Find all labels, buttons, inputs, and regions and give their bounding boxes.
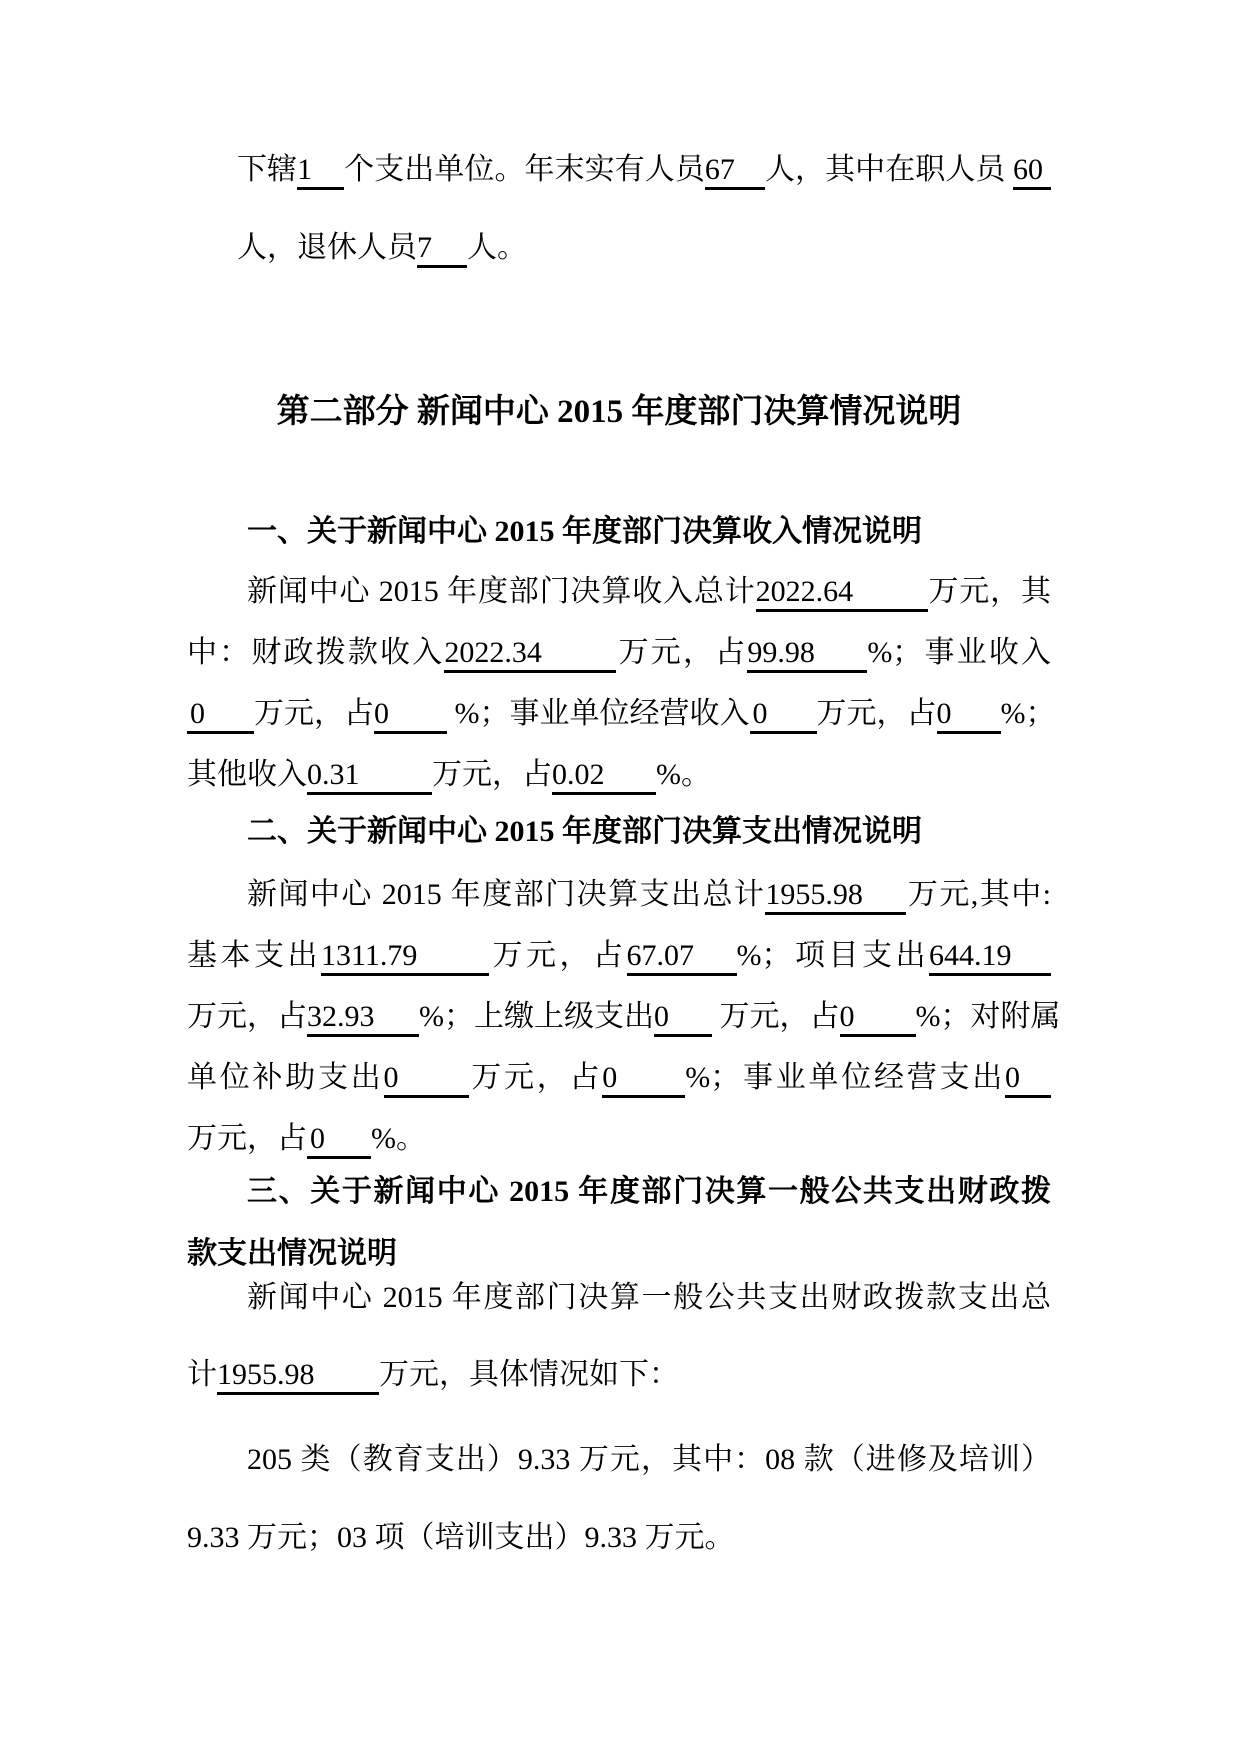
text-run: 万元，占 <box>469 1061 603 1094</box>
text-run: %； <box>1001 697 1056 730</box>
paragraph-fiscal-appropriation-details: 新闻中心 2015 年度部门决算一般公共支出财政拨款支出总计1955.98万元，… <box>187 1259 1051 1413</box>
text-run: %。 <box>371 1122 426 1155</box>
text-run: 第二部分 新闻中心 2015 年度部门决算情况说明 <box>277 394 962 430</box>
text-run: %。 <box>656 758 711 791</box>
text-line: 二、关于新闻中心 2015 年度部门决算支出情况说明 <box>187 809 1051 855</box>
text-line: 其他收入0.31万元，占0.02%。 <box>187 744 1051 805</box>
text-run: 一、关于新闻中心 2015 年度部门决算收入情况说明 <box>247 515 922 548</box>
blank-value: 67 <box>705 153 765 190</box>
blank-value: 7 <box>417 231 467 268</box>
text-run: 9.33 万元；03 项（培训支出）9.33 万元。 <box>187 1521 735 1554</box>
blank-value: 0 <box>937 697 1001 734</box>
text-run: 万元，占 <box>616 636 747 669</box>
text-run: 三、关于新闻中心 2015 年度部门决算一般公共支出财政拨 <box>247 1175 1051 1208</box>
blank-value: 0 <box>384 1061 469 1098</box>
text-run: 万元，其 <box>928 575 1051 608</box>
text-run: %；事业单位经营收入 <box>447 697 750 730</box>
text-run: 万元，占 <box>817 697 937 730</box>
text-line: 三、关于新闻中心 2015 年度部门决算一般公共支出财政拨 <box>187 1161 1051 1223</box>
blank-value: 0 <box>750 697 817 734</box>
text-run: 新闻中心 2015 年度部门决算一般公共支出财政拨款支出总 <box>247 1281 1051 1314</box>
text-run: 万元，占 <box>187 1000 307 1033</box>
text-run: 人，退休人员 <box>237 231 417 264</box>
blank-value: 0.02 <box>552 758 656 795</box>
paragraph-education-expense-details: 205 类（教育支出）9.33 万元，其中：08 款（进修及培训）9.33 万元… <box>187 1421 1051 1577</box>
text-run: 中：财政拨款收入 <box>187 636 444 669</box>
text-run: 基本支出 <box>187 939 321 972</box>
blank-value: 0 <box>307 1122 371 1159</box>
text-line: 中：财政拨款收入2022.34万元，占99.98%；事业收入 <box>187 622 1051 683</box>
text-run: 人，其中在职人员 <box>765 153 1013 186</box>
text-run: %；上缴上级支出 <box>419 1000 654 1033</box>
blank-value: 0 <box>1005 1061 1051 1098</box>
text-run: 其他收入 <box>187 758 307 791</box>
heading-income-statement: 一、关于新闻中心 2015 年度部门决算收入情况说明 <box>187 509 1051 555</box>
text-line: 计1955.98万元，具体情况如下： <box>187 1336 1051 1413</box>
text-line: 新闻中心 2015 年度部门决算支出总计1955.98万元,其中: <box>187 864 1051 925</box>
text-run: 万元,其中: <box>906 878 1051 911</box>
text-run: 205 类（教育支出）9.33 万元，其中：08 款（进修及培训） <box>247 1443 1051 1476</box>
blank-value: 644.19 <box>929 939 1051 976</box>
blank-value: 0 <box>374 697 447 734</box>
text-run: 新闻中心 2015 年度部门决算收入总计 <box>247 575 756 608</box>
text-run: 万元，占 <box>432 758 552 791</box>
paragraph-continued-from-previous-page: 下辖1个支出单位。年末实有人员67人，其中在职人员 60人，退休人员7人。 <box>237 131 1051 287</box>
blank-value: 32.93 <box>307 1000 419 1037</box>
text-run: 万元，占 <box>254 697 374 730</box>
text-line: 205 类（教育支出）9.33 万元，其中：08 款（进修及培训） <box>187 1421 1051 1499</box>
text-line: 单位补助支出0万元，占0%；事业单位经营支出0 <box>187 1047 1051 1108</box>
text-run: 万元，占 <box>187 1122 307 1155</box>
text-line: 一、关于新闻中心 2015 年度部门决算收入情况说明 <box>187 509 1051 555</box>
text-run: %；事业单位经营支出 <box>685 1061 1005 1094</box>
text-run: 人。 <box>467 231 527 264</box>
text-run: 万元，占 <box>489 939 627 972</box>
blank-value: 2022.34 <box>444 636 616 673</box>
section-heading-part2: 第二部分 新闻中心 2015 年度部门决算情况说明 <box>187 389 1051 435</box>
text-run: %；事业收入 <box>867 636 1051 669</box>
text-line: 第二部分 新闻中心 2015 年度部门决算情况说明 <box>187 389 1051 435</box>
text-line: 新闻中心 2015 年度部门决算一般公共支出财政拨款支出总 <box>187 1259 1051 1336</box>
text-run: 二、关于新闻中心 2015 年度部门决算支出情况说明 <box>247 815 922 848</box>
blank-value: 1955.98 <box>217 1358 379 1395</box>
text-line: 9.33 万元；03 项（培训支出）9.33 万元。 <box>187 1499 1051 1577</box>
blank-value: 0.31 <box>307 758 432 795</box>
blank-value: 60 <box>1013 153 1051 190</box>
text-run: 新闻中心 2015 年度部门决算支出总计 <box>247 878 765 911</box>
document-page: 下辖1个支出单位。年末实有人员67人，其中在职人员 60人，退休人员7人。 第二… <box>0 0 1241 1754</box>
paragraph-expense-details: 新闻中心 2015 年度部门决算支出总计1955.98万元,其中:基本支出131… <box>187 864 1051 1169</box>
blank-value: 67.07 <box>627 939 737 976</box>
text-run: 计 <box>187 1358 217 1391</box>
blank-value: 1311.79 <box>321 939 489 976</box>
blank-value: 99.98 <box>747 636 867 673</box>
heading-expense-statement: 二、关于新闻中心 2015 年度部门决算支出情况说明 <box>187 809 1051 855</box>
text-line: 万元，占0%。 <box>187 1108 1051 1169</box>
text-line: 新闻中心 2015 年度部门决算收入总计2022.64万元，其 <box>187 561 1051 622</box>
text-run: %；项目支出 <box>737 939 930 972</box>
blank-value: 0 <box>602 1061 685 1098</box>
text-run: 个支出单位。年末实有人员 <box>344 153 705 186</box>
paragraph-income-details: 新闻中心 2015 年度部门决算收入总计2022.64万元，其中：财政拨款收入2… <box>187 561 1051 805</box>
blank-value: 1955.98 <box>765 878 906 915</box>
text-run: %；对附属 <box>916 1000 1061 1033</box>
text-line: 人，退休人员7人。 <box>237 209 1051 287</box>
blank-value: 0 <box>187 697 254 734</box>
text-run: 万元，占 <box>712 1000 840 1033</box>
text-line: 0万元，占0 %；事业单位经营收入0万元，占0%； <box>187 683 1051 744</box>
blank-value: 2022.64 <box>756 575 928 612</box>
blank-value: 1 <box>297 153 344 190</box>
blank-value: 0 <box>654 1000 712 1037</box>
text-line: 下辖1个支出单位。年末实有人员67人，其中在职人员 60 <box>237 131 1051 209</box>
text-run: 下辖 <box>237 153 297 186</box>
text-run: 单位补助支出 <box>187 1061 384 1094</box>
text-line: 基本支出1311.79万元，占67.07%；项目支出644.19 <box>187 925 1051 986</box>
text-run: 万元，具体情况如下： <box>379 1358 679 1391</box>
blank-value: 0 <box>840 1000 916 1037</box>
text-line: 万元，占32.93%；上缴上级支出0 万元，占0%；对附属 <box>187 986 1051 1047</box>
